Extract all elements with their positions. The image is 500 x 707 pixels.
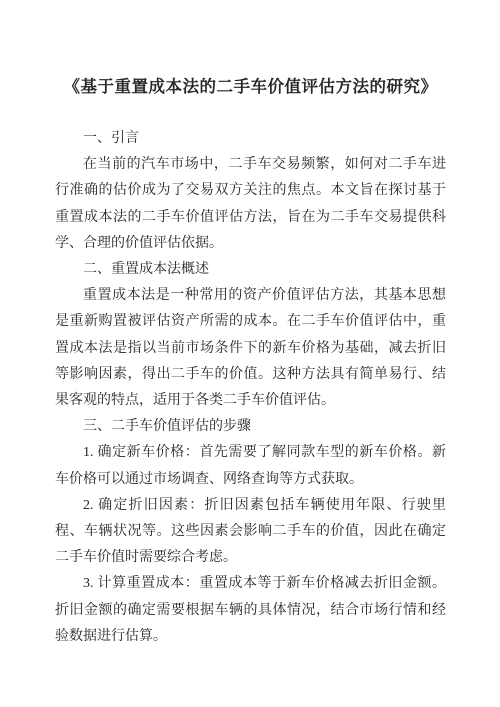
- document-title: 《基于重置成本法的二手车价值评估方法的研究》: [55, 74, 446, 99]
- paragraph-overview: 重置成本法是一种常用的资产价值评估方法，其基本思想是重新购置被评估资产所需的成本…: [55, 283, 446, 414]
- paragraph-step-3: 3. 计算重置成本：重置成本等于新车价格减去折旧金额。折旧金额的确定需要根据车辆…: [55, 571, 446, 650]
- section-heading-introduction: 一、引言: [55, 126, 446, 152]
- paragraph-step-1: 1. 确定新车价格：首先需要了解同款车型的新车价格。新车价格可以通过市场调查、网…: [55, 440, 446, 492]
- document-page: 《基于重置成本法的二手车价值评估方法的研究》 一、引言 在当前的汽车市场中，二手…: [0, 0, 500, 707]
- paragraph-step-2: 2. 确定折旧因素：折旧因素包括车辆使用年限、行驶里程、车辆状况等。这些因素会影…: [55, 493, 446, 572]
- paragraph-introduction: 在当前的汽车市场中，二手车交易频繁，如何对二手车进行准确的估价成为了交易双方关注…: [55, 152, 446, 257]
- section-heading-steps: 三、二手车价值评估的步骤: [55, 414, 446, 440]
- document-body: 一、引言 在当前的汽车市场中，二手车交易频繁，如何对二手车进行准确的估价成为了交…: [55, 126, 446, 650]
- section-heading-overview: 二、重置成本法概述: [55, 257, 446, 283]
